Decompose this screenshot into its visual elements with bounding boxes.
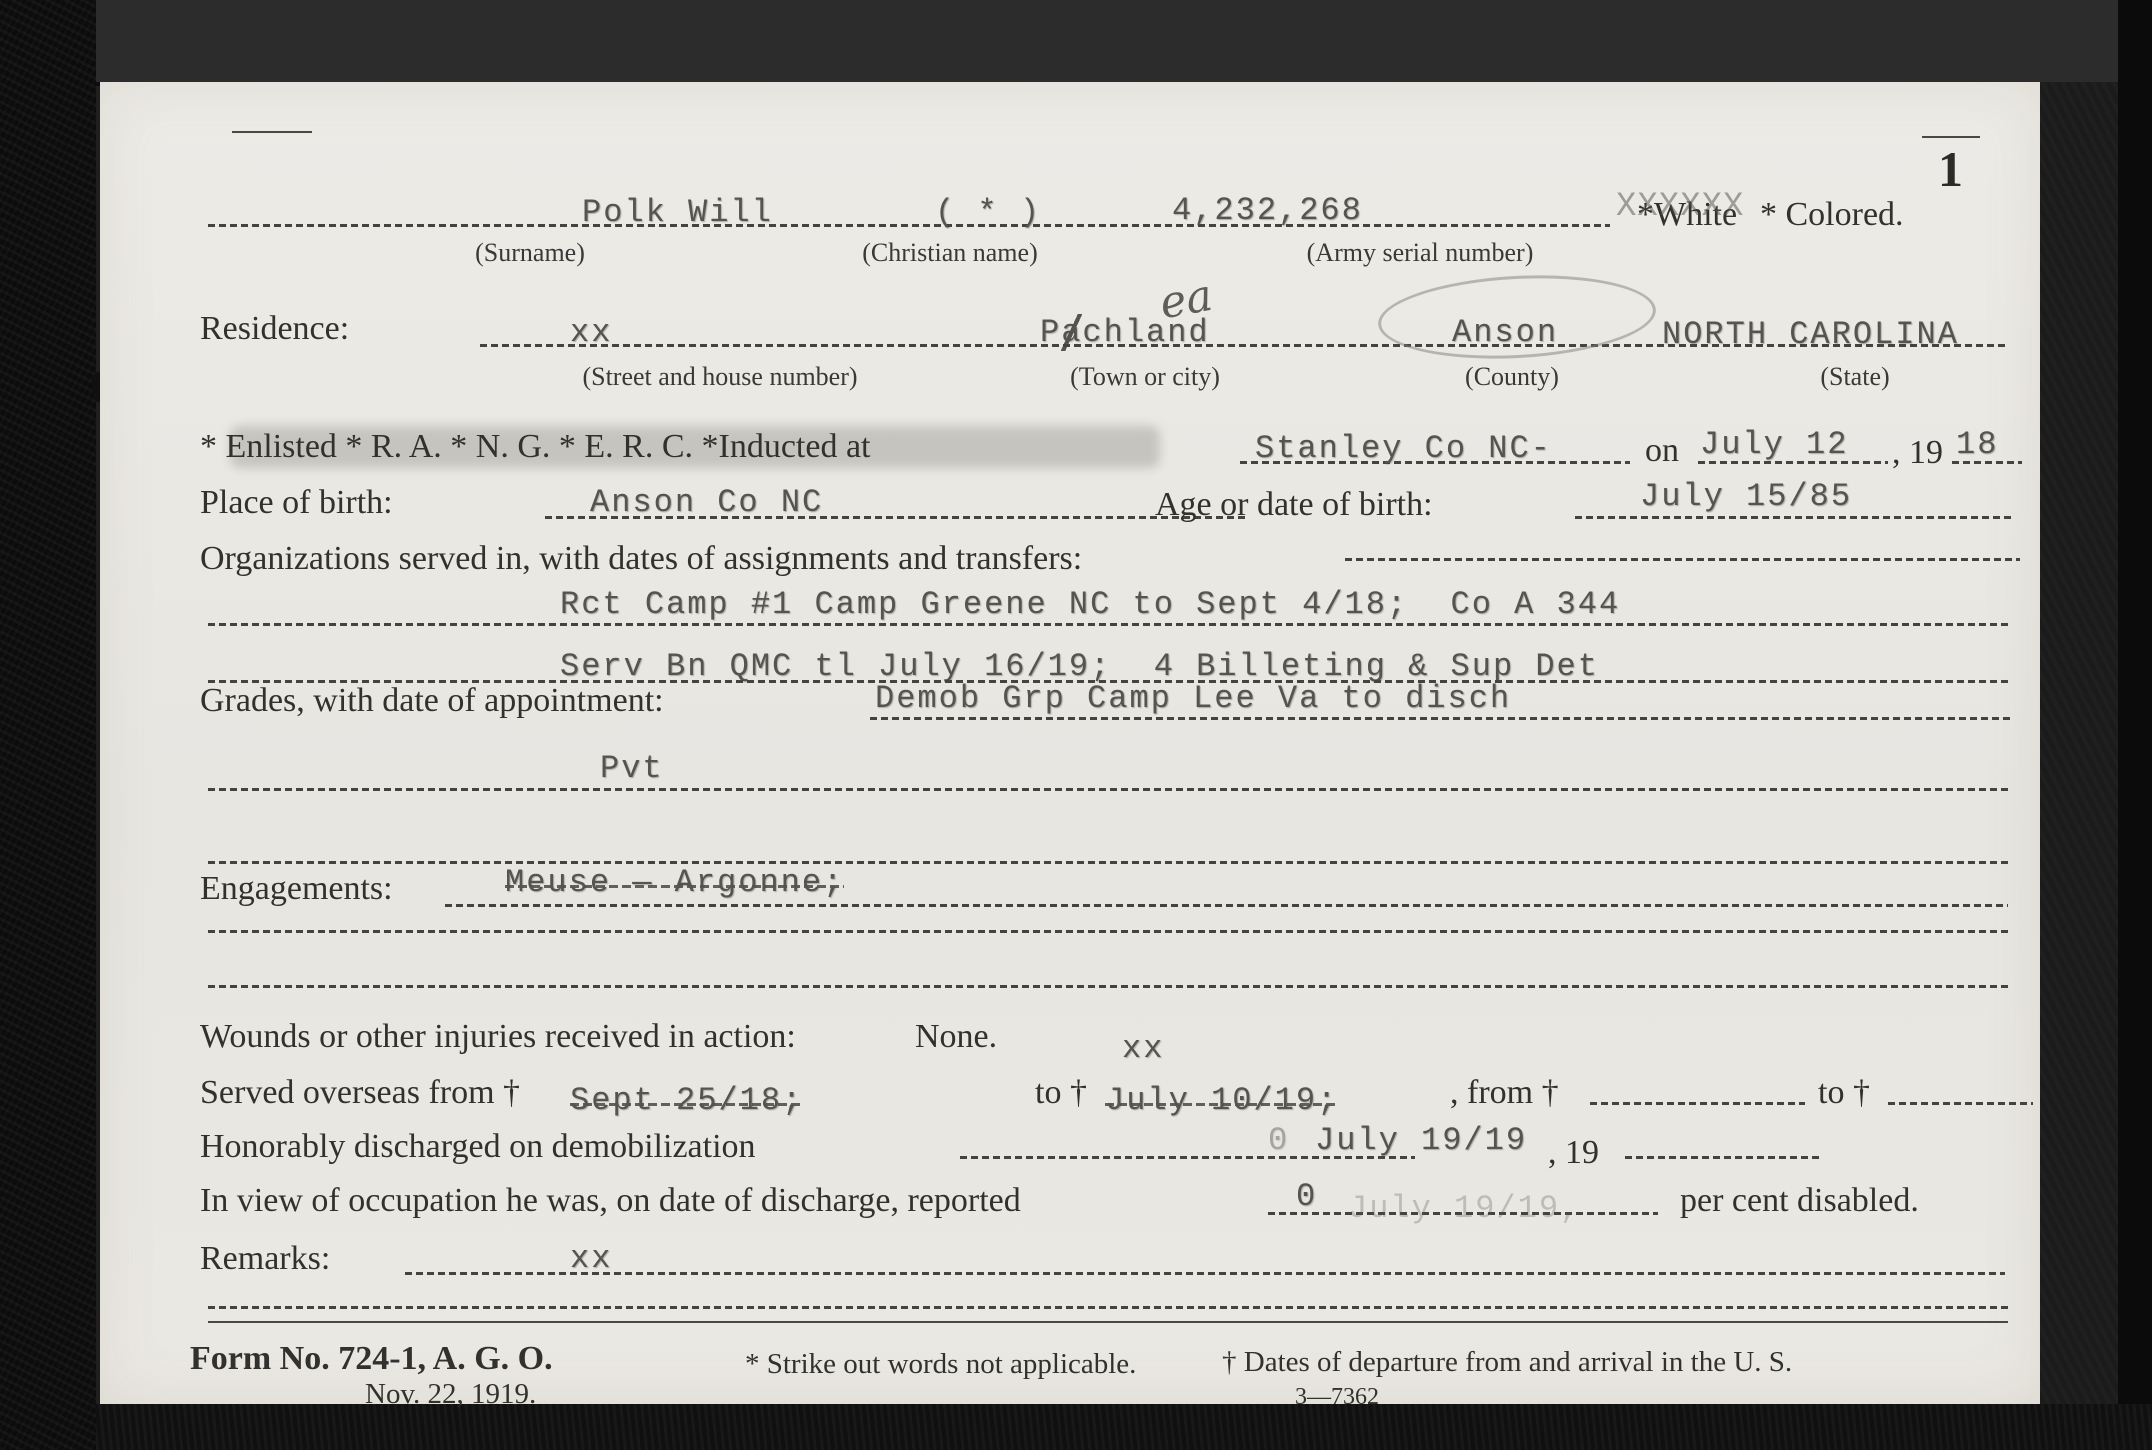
remarks-rule (405, 1272, 2005, 1275)
engagements-value: Meuse — Argonne; (505, 864, 844, 901)
age-of-birth-value: July 15/85 (1640, 478, 1852, 515)
top-left-mark (232, 131, 312, 133)
strike-out-note: * Strike out words not applicable. (745, 1348, 1136, 1381)
state-caption: (State) (1820, 362, 1889, 392)
street-value: xx (570, 314, 612, 351)
disability-suffix-label: per cent disabled. (1680, 1182, 1919, 1220)
blank-rule-1 (208, 861, 2008, 864)
overseas-to2-rule (1888, 1102, 2033, 1105)
state-value: NORTH CAROLINA (1662, 316, 1959, 353)
disability-label: In view of occupation he was, on date of… (200, 1182, 1021, 1220)
christian-name-value: ( * ) (935, 194, 1041, 231)
place-of-birth-value: Anson Co NC (590, 484, 823, 521)
residence-label: Residence: (200, 310, 349, 348)
serial-number-caption: (Army serial number) (1307, 238, 1534, 268)
overseas-to-label: to † (1035, 1074, 1087, 1112)
organizations-line1-value: Rct Camp #1 Camp Greene NC to Sept 4/18;… (560, 586, 1620, 623)
on-label: on (1645, 432, 1679, 470)
county-caption: (County) (1465, 362, 1559, 392)
engagements-rule (445, 904, 2008, 907)
colored-label: * Colored. (1760, 196, 1904, 234)
footer-dotted-rule (208, 1306, 2008, 1309)
surname-caption: (Surname) (475, 238, 585, 268)
enlist-year-label: , 19 (1892, 434, 1943, 472)
white-overstrike: XXXXXX (1616, 188, 1744, 226)
overseas-from-label: Served overseas from † (200, 1074, 520, 1112)
discharge-date-value: July 19/19 (1315, 1122, 1527, 1159)
county-pencil-circle (1376, 269, 1658, 365)
footer-solid-rule (208, 1321, 2008, 1323)
service-record-card: 1 Polk Will ( * ) 4,232,268 *White XXXXX… (100, 82, 2040, 1404)
print-code: 3—7362 (1295, 1384, 1379, 1411)
organizations-rule-0 (1345, 558, 2020, 561)
overseas-from2-rule (1590, 1102, 1805, 1105)
grades-label: Grades, with date of appointment: (200, 682, 664, 720)
town-prefix: P (1040, 314, 1061, 351)
scanner-top-band (96, 0, 2152, 86)
scanner-left-strip (0, 0, 96, 1450)
form-number: Form No. 724-1, A. G. O. (190, 1340, 553, 1378)
wounds-value: None. (915, 1018, 997, 1056)
town-struck-letter: a (1061, 314, 1082, 351)
grades-value: Demob Grp Camp Lee Va to disch (875, 680, 1511, 717)
wounds-label: Wounds or other injuries received in act… (200, 1018, 796, 1056)
street-caption: (Street and house number) (582, 362, 857, 392)
discharge-label: Honorably discharged on demobilization (200, 1128, 756, 1166)
discharge-year-label: , 19 (1548, 1134, 1599, 1172)
discharge-rule-2 (1625, 1156, 1820, 1159)
town-handwritten-correction: ea (1156, 270, 1216, 329)
blank-rule-3 (208, 985, 2008, 988)
age-of-birth-rule (1575, 516, 2015, 519)
inducted-at-value: Stanley Co NC- (1255, 430, 1552, 467)
organizations-rule-1 (208, 623, 2008, 626)
surname-value: Polk Will (582, 194, 773, 231)
page-number-overline (1922, 136, 1980, 138)
organizations-label: Organizations served in, with dates of a… (200, 540, 1082, 578)
engagements-label: Engagements: (200, 870, 393, 908)
discharge-zero-value: 0 (1268, 1122, 1289, 1159)
name-line-rule (208, 224, 1610, 227)
wounds-note-value: xx (1122, 1030, 1164, 1067)
age-of-birth-label: Age or date of birth: (1155, 486, 1433, 524)
grades-rule (870, 717, 2010, 720)
place-of-birth-label: Place of birth: (200, 484, 393, 522)
scanner-right-bar (2118, 0, 2152, 1450)
page-number: 1 (1938, 140, 1963, 198)
enlist-date-value: July 12 (1700, 426, 1848, 463)
dagger-note: † Dates of departure from and arrival in… (1222, 1346, 1792, 1379)
overseas-to2-label: to † (1818, 1074, 1870, 1112)
scanned-document-scene: 1 Polk Will ( * ) 4,232,268 *White XXXXX… (0, 0, 2152, 1450)
rank-rule (208, 788, 2008, 791)
overseas-from-value: Sept 25/18; (570, 1082, 803, 1119)
remarks-value: xx (570, 1240, 612, 1277)
christian-name-caption: (Christian name) (862, 238, 1037, 268)
rank-value: Pvt (600, 750, 664, 787)
blank-rule-2 (208, 930, 2008, 933)
form-date: Nov. 22, 1919. (365, 1378, 536, 1411)
overseas-from2-label: , from † (1450, 1074, 1559, 1112)
army-serial-number-value: 4,232,268 (1172, 192, 1363, 229)
disability-ghost-value: July 19/19, (1348, 1190, 1581, 1227)
overseas-to-value: July 10/19; (1105, 1082, 1338, 1119)
remarks-label: Remarks: (200, 1240, 330, 1278)
enlistment-prefix-label: * Enlisted * R. A. * N. G. * E. R. C. *I… (200, 428, 871, 466)
enlist-year-value: 18 (1956, 426, 1998, 463)
disability-value: 0 (1296, 1178, 1317, 1215)
town-caption: (Town or city) (1070, 362, 1220, 392)
